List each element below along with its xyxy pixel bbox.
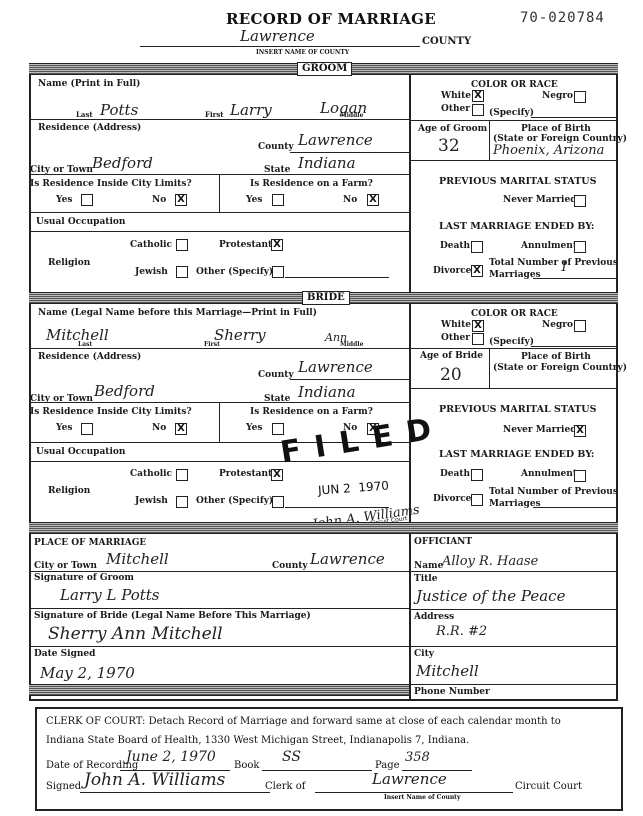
groom-death-label: Death [440, 241, 470, 251]
bride-white-label: White [441, 320, 471, 330]
groom-occupation-line [29, 231, 409, 232]
groom-total-prev-line [533, 278, 616, 279]
bride-farm-yes-checkbox[interactable] [272, 423, 284, 435]
groom-color-label: COLOR OR RACE [471, 80, 558, 90]
book-label: Book [234, 760, 259, 771]
place-county-value: Lawrence [310, 550, 385, 568]
groom-residence-line [29, 212, 409, 213]
bride-age-label: Age of Bride [420, 351, 483, 361]
groom-county-value: Lawrence [298, 131, 373, 149]
bride-signature-line [29, 646, 409, 647]
groom-last-value: Potts [100, 101, 138, 119]
bride-inside-city-yes-label: Yes [56, 423, 72, 433]
groom-catholic-label: Catholic [130, 240, 172, 250]
officiant-title-line [410, 609, 617, 610]
bride-farm-label: Is Residence on a Farm? [250, 407, 373, 417]
bride-protestant-checkbox[interactable]: X [271, 469, 283, 481]
clerk-of-value: Lawrence [372, 770, 447, 788]
bride-catholic-label: Catholic [130, 469, 172, 479]
bride-city-value: Bedford [94, 382, 155, 400]
bride-negro-checkbox[interactable] [574, 320, 586, 332]
bride-county-line [290, 379, 409, 380]
groom-jewish-label: Jewish [135, 267, 168, 277]
groom-white-checkbox[interactable]: X [472, 90, 484, 102]
bride-inside-city-yes-checkbox[interactable] [81, 423, 93, 435]
groom-other-religion-line [285, 277, 389, 278]
bride-divorce-label: Divorce [433, 494, 471, 504]
bride-occupation-label: Usual Occupation [36, 447, 125, 457]
clerk-instruction-line2: Indiana State Board of Health, 1330 West… [46, 735, 469, 746]
place-city-label: City or Town [34, 561, 97, 571]
bride-never-married-checkbox[interactable]: X [574, 425, 586, 437]
groom-birth-label: Place of Birth [521, 124, 591, 134]
county-underline [140, 46, 420, 47]
groom-specify-label: (Specify) [489, 108, 534, 118]
groom-inside-city-yes-checkbox[interactable] [81, 194, 93, 206]
bride-farm-yes-label: Yes [246, 423, 262, 433]
officiant-section-label: OFFICIANT [414, 537, 472, 547]
recording-date-value: June 2, 1970 [126, 749, 216, 765]
groom-negro-checkbox[interactable] [574, 91, 586, 103]
groom-city-value: Bedford [92, 154, 153, 172]
groom-negro-label: Negro [542, 91, 573, 101]
bride-age-value: 20 [440, 365, 462, 385]
groom-first-label: First [205, 110, 224, 119]
groom-divorce-checkbox[interactable]: X [471, 265, 483, 277]
bride-name-line [29, 348, 409, 349]
clerk-of-line [315, 792, 513, 793]
groom-divorce-label: Divorce [433, 266, 471, 276]
place-section-label: PLACE OF MARRIAGE [34, 538, 146, 548]
bride-middle-label: Middle [340, 341, 363, 348]
bride-state-value: Indiana [298, 383, 356, 401]
groom-never-married-checkbox[interactable] [574, 195, 586, 207]
groom-color-line [410, 120, 617, 121]
bride-age-divider [489, 348, 490, 388]
bride-section-label: BRIDE [302, 291, 350, 305]
groom-section-label: GROOM [297, 62, 352, 76]
bride-jewish-checkbox[interactable] [176, 496, 188, 508]
page-value: 358 [405, 750, 430, 765]
bride-annulment-checkbox[interactable] [574, 470, 586, 482]
place-band [29, 522, 618, 534]
bride-county-value: Lawrence [298, 358, 373, 376]
clerk-of-label: Clerk of [265, 781, 306, 792]
bride-color-label: COLOR OR RACE [471, 309, 558, 319]
bride-other-race-checkbox[interactable] [472, 333, 484, 345]
bride-death-label: Death [440, 469, 470, 479]
officiant-city-line [410, 684, 617, 685]
bride-city-farm-divider [219, 402, 220, 442]
officiant-address-label: Address [414, 612, 454, 622]
groom-signature-line [29, 608, 409, 609]
groom-annulment-checkbox[interactable] [574, 241, 586, 253]
bride-negro-label: Negro [542, 320, 573, 330]
signed-value: John A. Williams [84, 770, 225, 790]
bride-specify-line [531, 346, 616, 347]
clerk-instruction-line1: CLERK OF COURT: Detach Record of Marriag… [46, 716, 561, 727]
bride-birth-sub-label: (State or Foreign Country) [493, 363, 627, 373]
groom-inside-city-no-checkbox[interactable]: X [175, 194, 187, 206]
officiant-address-line [410, 646, 617, 647]
groom-inside-city-yes-label: Yes [56, 195, 72, 205]
officiant-name-line [410, 571, 617, 572]
officiant-name-value: Alloy R. Haase [442, 554, 538, 569]
date-signed-value: May 2, 1970 [40, 664, 135, 682]
groom-other-race-checkbox[interactable] [472, 104, 484, 116]
officiant-address-value: R.R. #2 [436, 624, 487, 639]
header-county-value: Lawrence [240, 27, 315, 45]
groom-other-race-label: Other [441, 104, 470, 114]
bride-occupation-line [29, 461, 409, 462]
officiant-title-label: Title [414, 574, 437, 584]
groom-signature-label: Signature of Groom [34, 573, 134, 583]
groom-religion-label: Religion [48, 258, 90, 268]
officiant-phone-label: Phone Number [414, 687, 490, 697]
groom-specify-line [531, 117, 616, 118]
place-bottom-band [29, 684, 409, 696]
bride-other-religion-label: Other (Specify) [196, 496, 273, 506]
officiant-title-value: Justice of the Peace [416, 587, 565, 605]
groom-other-religion-checkbox[interactable] [272, 266, 284, 278]
groom-death-checkbox[interactable] [471, 241, 483, 253]
groom-age-label: Age of Groom [418, 124, 487, 134]
circuit-court-label: Circuit Court [515, 781, 582, 792]
header-county-label: COUNTY [422, 36, 471, 47]
header-county-hint: INSERT NAME OF COUNTY [256, 49, 349, 56]
signed-label: Signed [46, 781, 81, 792]
groom-protestant-label: Protestant [219, 240, 272, 250]
groom-farm-no-label: No [343, 195, 357, 205]
groom-farm-no-checkbox[interactable]: X [367, 194, 379, 206]
form-bottom-border [29, 699, 618, 701]
groom-prev-status-label: PREVIOUS MARITAL STATUS [439, 176, 596, 187]
groom-residence-label: Residence (Address) [38, 123, 141, 133]
bride-religion-label: Religion [48, 486, 90, 496]
groom-middle-label: Middle [340, 112, 363, 119]
place-city-value: Mitchell [106, 550, 169, 568]
bride-other-race-label: Other [441, 333, 470, 343]
bride-age-line [410, 388, 617, 389]
bride-prev-status-label: PREVIOUS MARITAL STATUS [439, 404, 596, 415]
bride-other-religion-checkbox[interactable] [272, 496, 284, 508]
date-signed-label: Date Signed [34, 649, 95, 659]
groom-age-divider [489, 120, 490, 160]
groom-name-label: Name (Print in Full) [38, 79, 140, 89]
bride-white-checkbox[interactable]: X [472, 320, 484, 332]
groom-farm-label: Is Residence on a Farm? [250, 179, 373, 189]
place-county-label: County [272, 561, 308, 571]
bride-first-value: Sherry [214, 326, 266, 344]
bride-county-label: County [258, 370, 294, 380]
groom-total-prev-label: Total Number of Previous [489, 258, 618, 268]
groom-last-ended-label: LAST MARRIAGE ENDED BY: [439, 221, 594, 232]
groom-first-value: Larry [230, 101, 272, 119]
groom-inside-city-label: Is Residence Inside City Limits? [30, 179, 192, 189]
groom-age-value: 32 [438, 136, 460, 156]
bride-name-label: Name (Legal Name before this Marriage—Pr… [38, 308, 317, 318]
bride-total-prev-line [533, 507, 616, 508]
groom-birth-value: Phoenix, Arizona [493, 143, 604, 158]
groom-farm-yes-label: Yes [246, 195, 262, 205]
bride-specify-label: (Specify) [489, 337, 534, 347]
groom-age-line [410, 160, 617, 161]
bride-death-checkbox[interactable] [471, 469, 483, 481]
place-city-line [29, 571, 409, 572]
bride-signature-value: Sherry Ann Mitchell [48, 624, 223, 644]
groom-last-label: Last [76, 110, 93, 119]
groom-county-label: County [258, 142, 294, 152]
groom-occupation-label: Usual Occupation [36, 217, 125, 227]
groom-inside-city-no-label: No [152, 195, 166, 205]
bride-catholic-checkbox[interactable] [176, 469, 188, 481]
book-value: SS [282, 749, 301, 765]
form-center-divider [409, 63, 411, 700]
bride-divorce-checkbox[interactable] [471, 494, 483, 506]
bride-never-married-label: Never Married [503, 425, 577, 435]
groom-jewish-checkbox[interactable] [176, 266, 188, 278]
groom-catholic-checkbox[interactable] [176, 239, 188, 251]
bride-jewish-label: Jewish [135, 496, 168, 506]
document-title: RECORD OF MARRIAGE [226, 10, 436, 28]
bride-residence-label: Residence (Address) [38, 352, 141, 362]
groom-protestant-checkbox[interactable]: X [271, 239, 283, 251]
groom-county-line [290, 152, 409, 153]
bride-inside-city-label: Is Residence Inside City Limits? [30, 407, 192, 417]
officiant-city-label: City [414, 649, 434, 659]
groom-other-religion-label: Other (Specify) [196, 267, 273, 277]
bride-last-label: Last [78, 341, 92, 348]
bride-birth-label: Place of Birth [521, 352, 591, 362]
officiant-name-label: Name [414, 561, 443, 571]
officiant-city-value: Mitchell [416, 662, 479, 680]
groom-signature-value: Larry L Potts [60, 586, 160, 604]
groom-never-married-label: Never Married [503, 195, 577, 205]
groom-farm-yes-checkbox[interactable] [272, 194, 284, 206]
bride-inside-city-no-label: No [152, 423, 166, 433]
bride-annulment-label: Annulment [521, 469, 577, 479]
clerk-county-hint: Insert Name of County [384, 794, 460, 801]
groom-total-prev-value: 1 [560, 260, 568, 275]
bride-signature-label: Signature of Bride (Legal Name Before Th… [34, 611, 311, 621]
groom-annulment-label: Annulment [521, 241, 577, 251]
groom-name-line [29, 119, 409, 120]
filed-date: JUN 2 1970 [318, 479, 390, 498]
signed-line [80, 792, 270, 793]
bride-protestant-label: Protestant [219, 469, 272, 479]
groom-white-label: White [441, 91, 471, 101]
groom-city-farm-divider [219, 174, 220, 212]
groom-state-value: Indiana [298, 154, 356, 172]
bride-color-line [410, 348, 617, 349]
book-line [262, 770, 372, 771]
form-right-border [616, 63, 618, 700]
bride-last-ended-label: LAST MARRIAGE ENDED BY: [439, 449, 594, 460]
document-number: 70-020784 [520, 10, 605, 26]
form-left-border [29, 63, 31, 700]
bride-inside-city-no-checkbox[interactable]: X [175, 423, 187, 435]
bride-total-prev-label: Total Number of Previous [489, 487, 618, 497]
